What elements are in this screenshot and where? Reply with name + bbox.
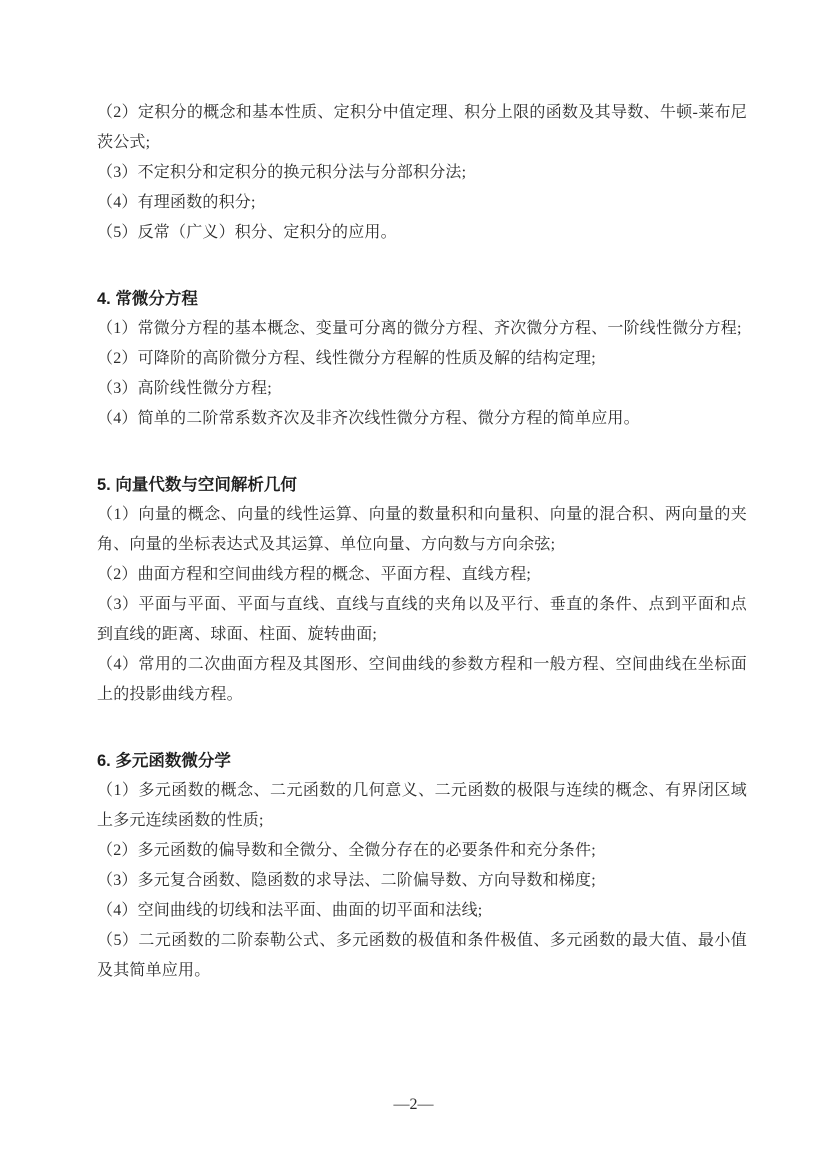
section-heading-5: 5. 向量代数与空间解析几何 bbox=[97, 470, 747, 500]
list-item: （4）有理函数的积分; bbox=[97, 188, 747, 218]
list-item: （4）常用的二次曲面方程及其图形、空间曲线的参数方程和一般方程、空间曲线在坐标面… bbox=[97, 650, 747, 710]
list-item: （3）平面与平面、平面与直线、直线与直线的夹角以及平行、垂直的条件、点到平面和点… bbox=[97, 590, 747, 650]
list-item: （4）空间曲线的切线和法平面、曲面的切平面和法线; bbox=[97, 896, 747, 926]
list-item: （3）不定积分和定积分的换元积分法与分部积分法; bbox=[97, 158, 747, 188]
section-heading-6: 6. 多元函数微分学 bbox=[97, 746, 747, 776]
list-item: （2）可降阶的高阶微分方程、线性微分方程解的性质及解的结构定理; bbox=[97, 344, 747, 374]
list-item: （2）曲面方程和空间曲线方程的概念、平面方程、直线方程; bbox=[97, 560, 747, 590]
list-item: （3）多元复合函数、隐函数的求导法、二阶偏导数、方向导数和梯度; bbox=[97, 866, 747, 896]
list-item: （4）简单的二阶常系数齐次及非齐次线性微分方程、微分方程的简单应用。 bbox=[97, 404, 747, 434]
page-number: —2— bbox=[0, 1095, 827, 1115]
list-item: （2）定积分的概念和基本性质、定积分中值定理、积分上限的函数及其导数、牛顿-莱布… bbox=[97, 98, 747, 158]
list-item: （1）常微分方程的基本概念、变量可分离的微分方程、齐次微分方程、一阶线性微分方程… bbox=[97, 314, 747, 344]
list-item: （2）多元函数的偏导数和全微分、全微分存在的必要条件和充分条件; bbox=[97, 836, 747, 866]
section-heading-4: 4. 常微分方程 bbox=[97, 284, 747, 314]
list-item: （1）多元函数的概念、二元函数的几何意义、二元函数的极限与连续的概念、有界闭区域… bbox=[97, 776, 747, 836]
list-item: （1）向量的概念、向量的线性运算、向量的数量积和向量积、向量的混合积、两向量的夹… bbox=[97, 500, 747, 560]
list-item: （5）反常（广义）积分、定积分的应用。 bbox=[97, 218, 747, 248]
list-item: （3）高阶线性微分方程; bbox=[97, 374, 747, 404]
list-item: （5）二元函数的二阶泰勒公式、多元函数的极值和条件极值、多元函数的最大值、最小值… bbox=[97, 926, 747, 986]
document-page: （2）定积分的概念和基本性质、定积分中值定理、积分上限的函数及其导数、牛顿-莱布… bbox=[0, 0, 827, 1169]
